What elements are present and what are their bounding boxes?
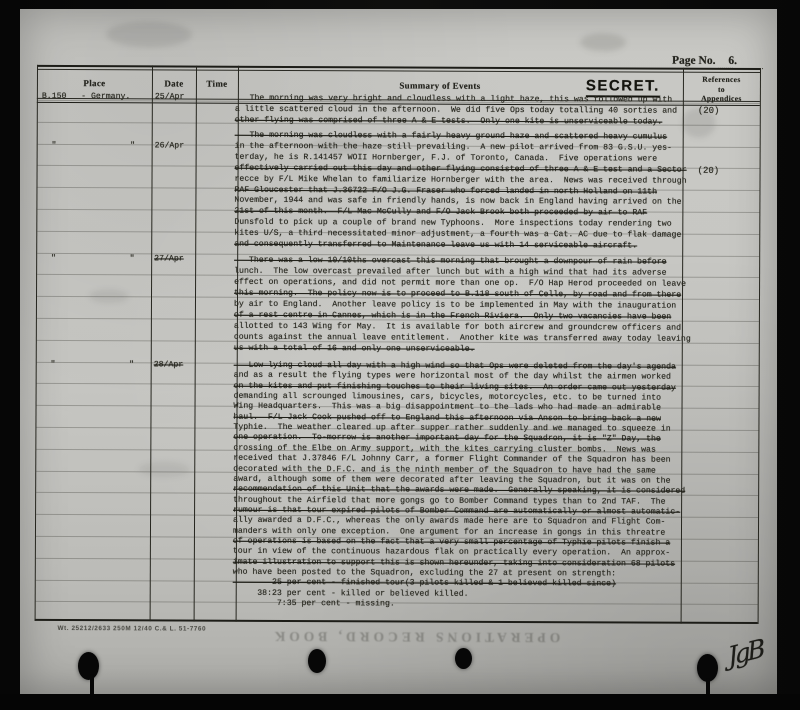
table-border-top-inner	[37, 69, 760, 73]
table-body: B.150 - Germany.25/Apr The morning was v…	[20, 9, 777, 12]
scanned-page: Page No. 6. Place Date Time Summary of E…	[0, 0, 800, 710]
entry-date: 26/Apr	[155, 141, 185, 150]
entry-place: " "	[41, 360, 134, 369]
entry-place: B.150 - Germany.	[42, 92, 130, 101]
table-border-right	[758, 68, 762, 624]
printer-imprint: Wt. 25212/2633 250M 12/40 C.& L. 51-7760	[58, 625, 207, 633]
smudge	[580, 33, 626, 51]
smudge	[106, 21, 192, 47]
table-border-left	[35, 65, 39, 621]
page-content: Page No. 6. Place Date Time Summary of E…	[17, 9, 777, 699]
summary-line: 7:35 per cent - missing.	[233, 599, 395, 610]
column-divider-summary-refs	[681, 68, 685, 624]
column-divider-date-time	[194, 66, 198, 622]
punch-hole	[78, 652, 99, 680]
column-header-time: Time	[196, 79, 238, 89]
punch-hole-tail	[90, 674, 94, 696]
scan-edge	[0, 694, 800, 710]
summary-line: and consequently transferred to Maintena…	[234, 240, 637, 253]
punch-hole	[455, 648, 472, 669]
page-number-label: Page No.	[672, 55, 715, 67]
paper-sheet: Page No. 6. Place Date Time Summary of E…	[20, 9, 777, 696]
entry-reference: (20)	[698, 165, 720, 175]
column-header-place: Place	[37, 78, 152, 89]
smudge	[138, 461, 190, 477]
entry-date: 25/Apr	[155, 92, 185, 101]
column-header-references-line: to	[683, 84, 760, 93]
mirrored-watermark: OPERATIONS RECORD, BOOK	[255, 628, 575, 645]
column-header-summary: Summary of Events	[320, 80, 560, 91]
table-border-bottom	[35, 619, 758, 624]
column-divider-place-date	[150, 65, 154, 621]
signature-initials: JgB	[727, 634, 764, 672]
column-header-date: Date	[152, 78, 196, 88]
entry-date: 27/Apr	[154, 254, 184, 263]
entry-summary: The morning was cloudless with a fairly …	[235, 131, 693, 133]
ruled-line	[36, 601, 758, 605]
entry-summary: Low lying cloud all day with a high wind…	[234, 361, 692, 363]
column-header-references: ReferencestoAppendices	[20, 9, 777, 12]
entry-date: 28/Apr	[154, 360, 184, 369]
column-header-references-line: Appendices	[683, 94, 760, 103]
entry-place: " "	[41, 254, 134, 263]
punch-hole	[308, 649, 326, 673]
page-number: Page No. 6.	[672, 55, 763, 67]
entry-place: " "	[42, 141, 135, 150]
column-header-references-line: References	[683, 75, 760, 84]
summary-line: other flying was comprised of three A & …	[235, 115, 663, 128]
entry-reference: (20)	[698, 106, 720, 116]
summary-line: us with a total of 16 and only one unser…	[234, 343, 475, 355]
